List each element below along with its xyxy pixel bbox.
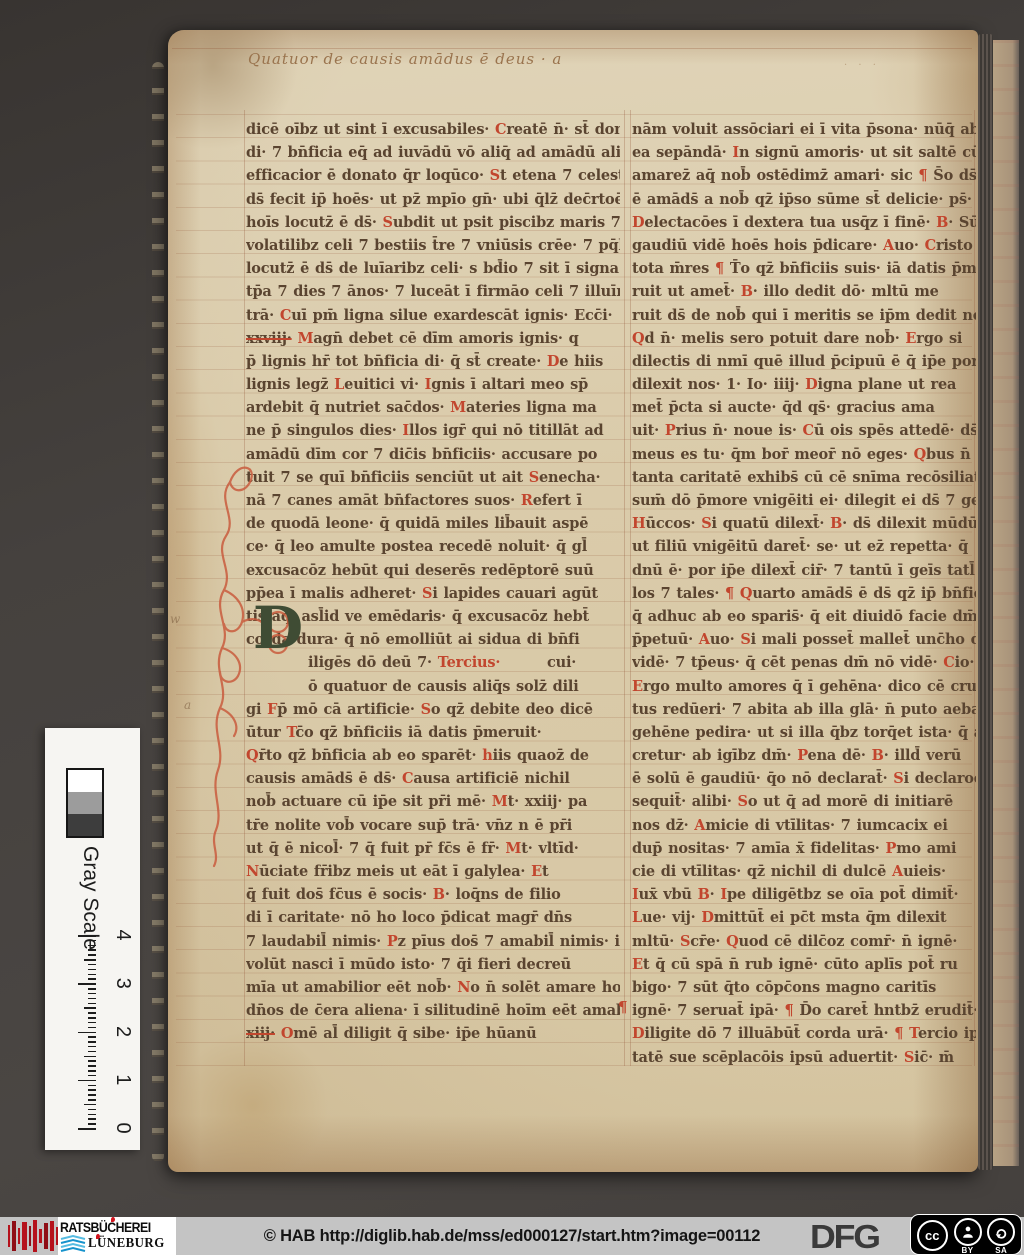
manuscript-text-line: gehēne pedira· ut si illa q̄bz torq̄et i… <box>632 721 976 744</box>
ruler-number: 0 <box>111 1118 134 1138</box>
manuscript-text-line: ruit ut amet̄· B· illo dedit dō· mltū me <box>632 280 976 303</box>
manuscript-text-line: ut q̄ ē nicol̄· 7 q̄ fuit pr̄ fc̄s ē fr̄… <box>246 837 620 860</box>
manuscript-text-line: tus redūeri· 7 abita ab illa glā· n̄ put… <box>632 698 976 721</box>
column-rule-gutter2 <box>630 110 631 1066</box>
manuscript-text-line: amarez̄ aq̄ nob̄ ostēdimz̄ amari· sic ¶ … <box>632 164 976 187</box>
manuscript-text-line: ut filiū vnigēitū daret̄· se· ut ez̄ rep… <box>632 535 976 558</box>
manuscript-text-line: vidē· 7 tp̄eus· q̄ cēt penas dm̄ nō vidē… <box>632 651 976 674</box>
underlying-leaf-edges <box>152 62 164 1162</box>
ruler-number: 1 <box>111 1070 134 1090</box>
manuscript-text-line: volatilibz celi 7 bestiis t̄re 7 vniūsis… <box>246 234 620 257</box>
attribution-person-icon <box>954 1218 982 1246</box>
manuscript-text-line: met̄ p̄cta si aucte· q̄d qs̄· gracius am… <box>632 396 976 419</box>
column-rule-left <box>244 110 245 1066</box>
caption-bar: RATSBÜCHEREI LÜNEBURG © HAB http://digli… <box>0 1217 1024 1255</box>
text-column-right: nām voluit assōciari ei ī vita p̄sona· n… <box>632 118 976 1069</box>
manuscript-text-line: ē solū ē gaudiū· q̄o nō declarat̄· Si de… <box>632 767 976 790</box>
manuscript-text-line: gi Fp̄ mō cā artificie· So qz̄ debite de… <box>246 698 620 721</box>
manuscript-text-line: Qr̄to qz̄ bn̄ficia ab eo sparēt· hiis qu… <box>246 744 620 767</box>
manuscript-text-line: q̄ adhuc ab eo sparis̄· q̄ eit diuidō fa… <box>632 605 976 628</box>
manuscript-text-line: volūt nasci ī mūdo isto· 7 q̄i fieri dec… <box>246 953 620 976</box>
manuscript-text-line: tota m̄res ¶ T̄o qz̄ bn̄ficiis suis· iā … <box>632 257 976 280</box>
manuscript-text-line: amādū dīm cor 7 dic̄is bn̄ficiis· accusa… <box>246 443 620 466</box>
running-title: Quatuor de causis amādus ē deus · a <box>248 50 562 68</box>
book-gutter-edge <box>978 34 993 1170</box>
manuscript-text-line: meus es tu· q̄m bor̄ meor̄ nō eges· Qbus… <box>632 443 976 466</box>
manuscript-text-line: di· 7 bn̄ficia eq̄ ad iuvādū vō aliq̄ ad… <box>246 141 620 164</box>
manuscript-text-line: ē amāds̄ a nob̄ qz̄ ip̄so sūme st̄ delic… <box>632 188 976 211</box>
manuscript-text-line: ce· q̄ leo amulte postea recedē noluit· … <box>246 535 620 558</box>
manuscript-text-line: de quodā leone· q̄ quidā miles lib̄auit … <box>246 512 620 535</box>
share-alike-icon <box>987 1218 1015 1246</box>
manuscript-text-line: ds̄ fecit ip̄ hoēs· ut pz̄ mpīo gn̄· ubi… <box>246 188 620 211</box>
manuscript-text-line: dicē oībz ut sint ī excusabiles· Creatē … <box>246 118 620 141</box>
cc-by-sa-badge: cc BY SA <box>910 1214 1022 1255</box>
ruler-number: 4 <box>111 925 134 945</box>
manuscript-text-line: mīa ut amabilior eēt nob̄· No n̄ solēt a… <box>246 976 620 999</box>
manuscript-text-line: ō quatuor de causis aliq̄s solz̄ dili <box>246 675 620 698</box>
manuscript-text-line: tatē sue scēplacōis ipsū aduertit· Sic̄·… <box>632 1046 976 1069</box>
manuscript-text-line: nob̄ actuare cū ip̄e sit pr̄i mē· Mt· xx… <box>246 790 620 813</box>
grayscale-ruler: 43210 <box>45 728 140 1150</box>
manuscript-text-line: ne p̄ singulos dies· Illos igr̄ qui nō t… <box>246 419 620 442</box>
manuscript-text-line: 7 laudabil̄ nimis· Pz pīus dos̄ 7 amabil… <box>246 930 620 953</box>
sa-label: SA <box>995 1246 1007 1255</box>
manuscript-text-line: bigo· 7 sūt q̄to cōpc̄ons magno caritīs <box>632 976 976 999</box>
manuscript-text-line: tp̄a 7 dies 7 ānos· 7 luceāt ī firmāo ce… <box>246 280 620 303</box>
cc-icon: cc <box>917 1220 948 1251</box>
scan-photo-stage: Quatuor de causis amādus ē deus · a · · … <box>0 0 1024 1255</box>
manuscript-text-line: q̄ fuit dos̄ fc̄us ē socis· B· loq̄ns de… <box>246 883 620 906</box>
manuscript-text-line: dilexit nos· 1· Io· iiij· Digna plane ut… <box>632 373 976 396</box>
manuscript-text-line: excusacōz hebūt qui deserēs redēptorē su… <box>246 559 620 582</box>
manuscript-text-line: Delectacōes ī dextera tua usq̄z ī finē· … <box>632 211 976 234</box>
manuscript-text-line: di ī caritate· nō ho loco p̄dicat magr̄ … <box>246 906 620 929</box>
manuscript-text-line: causis amāds̄ ē ds̄· Causa artificiē nic… <box>246 767 620 790</box>
ruler-number: 3 <box>111 973 134 993</box>
dfg-logo: DFG <box>810 1218 879 1255</box>
manuscript-text-line: dup̄ nositas· 7 amīa x̄ fidelitas· Pmo a… <box>632 837 976 860</box>
ruler-number: 2 <box>111 1022 134 1042</box>
manuscript-text-line: nām voluit assōciari ei ī vita p̄sona· n… <box>632 118 976 141</box>
column-rule-gutter <box>624 110 625 1066</box>
manuscript-text-line: Diligite dō 7 illuābūt̄ corda urā· ¶ Ter… <box>632 1022 976 1045</box>
manuscript-text-line: nā 7 canes amāt bn̄factores suos· Refert… <box>246 489 620 512</box>
by-label: BY <box>961 1246 973 1255</box>
manuscript-text-line: gaudiū vidē hoēs hois p̄dicare· Auo· Cri… <box>632 234 976 257</box>
manuscript-text-line: lignis legz̄ Leuitici vi· Ignis ī altari… <box>246 373 620 396</box>
manuscript-text-line: sequit̄· alibi· So ut q̄ ad morē di init… <box>632 790 976 813</box>
manuscript-text-line: uit· Prius n̄· noue is· Cū ois spēs atte… <box>632 419 976 442</box>
decorated-initial: D <box>248 596 308 666</box>
faded-inscription: · · · <box>844 60 880 71</box>
margin-paraph-icon: ¶ <box>618 998 628 1016</box>
manuscript-text-line: ignē· 7 seruat̄ ipā· ¶ D̄o caret̄ hntbz̄… <box>632 999 976 1022</box>
manuscript-text-line: tr̄e nolite vob̄ vocare sup̄ trā· vn̄z n… <box>246 814 620 837</box>
manuscript-text-line: xiij· Omē al̄ diligit q̄ sibe· ip̄e hūan… <box>246 1022 620 1045</box>
manuscript-text-line: Nūciate fr̄ibz meis ut eāt ī galylea· Et <box>246 860 620 883</box>
manuscript-text-line: nos dz̄· Amicie di vtīlitas· 7 iumcacix … <box>632 814 976 837</box>
manuscript-text-line: xxviij· Magn̄ debet cē dīm amoris ignis·… <box>246 327 620 350</box>
grayscale-card: Gray Scale 43210 <box>45 728 140 1150</box>
manuscript-text-line: los 7 tales· ¶ Quarto amāds̄ ē ds̄ qz̄ i… <box>632 582 976 605</box>
manuscript-text-line: Hūccos· Si quatū dilext̄· B· ds̄ dilexit… <box>632 512 976 535</box>
manuscript-text-line: ea sepāndā· In signū amoris· ut sit salt… <box>632 141 976 164</box>
manuscript-text-line: ardebit q̄ nutriet sac̄dos· Materies lig… <box>246 396 620 419</box>
manuscript-text-line: cretur· ab igībz dm̄· Pena dē· B· illd̄ … <box>632 744 976 767</box>
manuscript-text-line: sum̄ dō p̄more vnigēiti ei· dilegit ei d… <box>632 489 976 512</box>
manuscript-text-line: dnū ē· por ip̄e dilext̄ cir̄· 7 tantū ī … <box>632 559 976 582</box>
manuscript-text-line: Ergo multo amores q̄ ī gehēna· dico cē c… <box>632 675 976 698</box>
ruling-line-top <box>172 48 972 49</box>
manuscript-text-line: ūtur Tc̄o qz̄ bn̄ficiis iā datis p̄merui… <box>246 721 620 744</box>
manuscript-text-line: Lue· vij· Dmittūt̄ ei pc̄t msta q̄m dile… <box>632 906 976 929</box>
manuscript-text-line: p̄petuū· Auo· Si mali posset̄ mallet̄ un… <box>632 628 976 651</box>
manuscript-text-line: p̄ lignis hr̄ tot bn̄ficia di· q̄ st̄ cr… <box>246 350 620 373</box>
manuscript-text-line: efficacior ē donato q̄r loqūco· St etena… <box>246 164 620 187</box>
manuscript-text-line: locutz̄ ē ds̄ de luīaribz celi· s bd̄io … <box>246 257 620 280</box>
manuscript-text-line: tuit 7 se quī bn̄ficiis senciūt ut ait S… <box>246 466 620 489</box>
manuscript-text-line: dn̄os de c̄era aliena· ī silitudinē hoīm… <box>246 999 620 1022</box>
text-column-left: dicē oībz ut sint ī excusabiles· Creatē … <box>246 118 620 1046</box>
manuscript-text-line: Iux̄ vbū B· Ipe diligētbz se oīa pot̄ di… <box>632 883 976 906</box>
manuscript-text-line: trā· Cuī pm̄ ligna silue exardescāt igni… <box>246 304 620 327</box>
margin-note: a <box>184 698 191 712</box>
manuscript-text-line: hoīs locutz̄ ē ds̄· Subdit ut psit pisci… <box>246 211 620 234</box>
manuscript-text-line: cie di vtīlitas· qz̄ nichil di dulcē Aui… <box>632 860 976 883</box>
manuscript-text-line: Qd n̄· melis sero potuit dare nob̄· Ergo… <box>632 327 976 350</box>
manuscript-text-line: mltū· Scr̄e· Quod cē dilc̄oz comr̄· n̄ i… <box>632 930 976 953</box>
next-leaf-strip <box>993 40 1019 1166</box>
manuscript-page: Quatuor de causis amādus ē deus · a · · … <box>168 30 978 1172</box>
manuscript-text-line: Et q̄ cū spā n̄ rub ignē· cūto aplīs pot… <box>632 953 976 976</box>
manuscript-text-line: ruit ds̄ de nob̄ qui ī meritis se ip̄m d… <box>632 304 976 327</box>
margin-note: w <box>170 612 180 626</box>
manuscript-text-line: dilectis di nmī quē illud p̄cipuū ē q̄ i… <box>632 350 976 373</box>
manuscript-text-line: tanta caritatē exhibs̄ cū cē snīma recōs… <box>632 466 976 489</box>
